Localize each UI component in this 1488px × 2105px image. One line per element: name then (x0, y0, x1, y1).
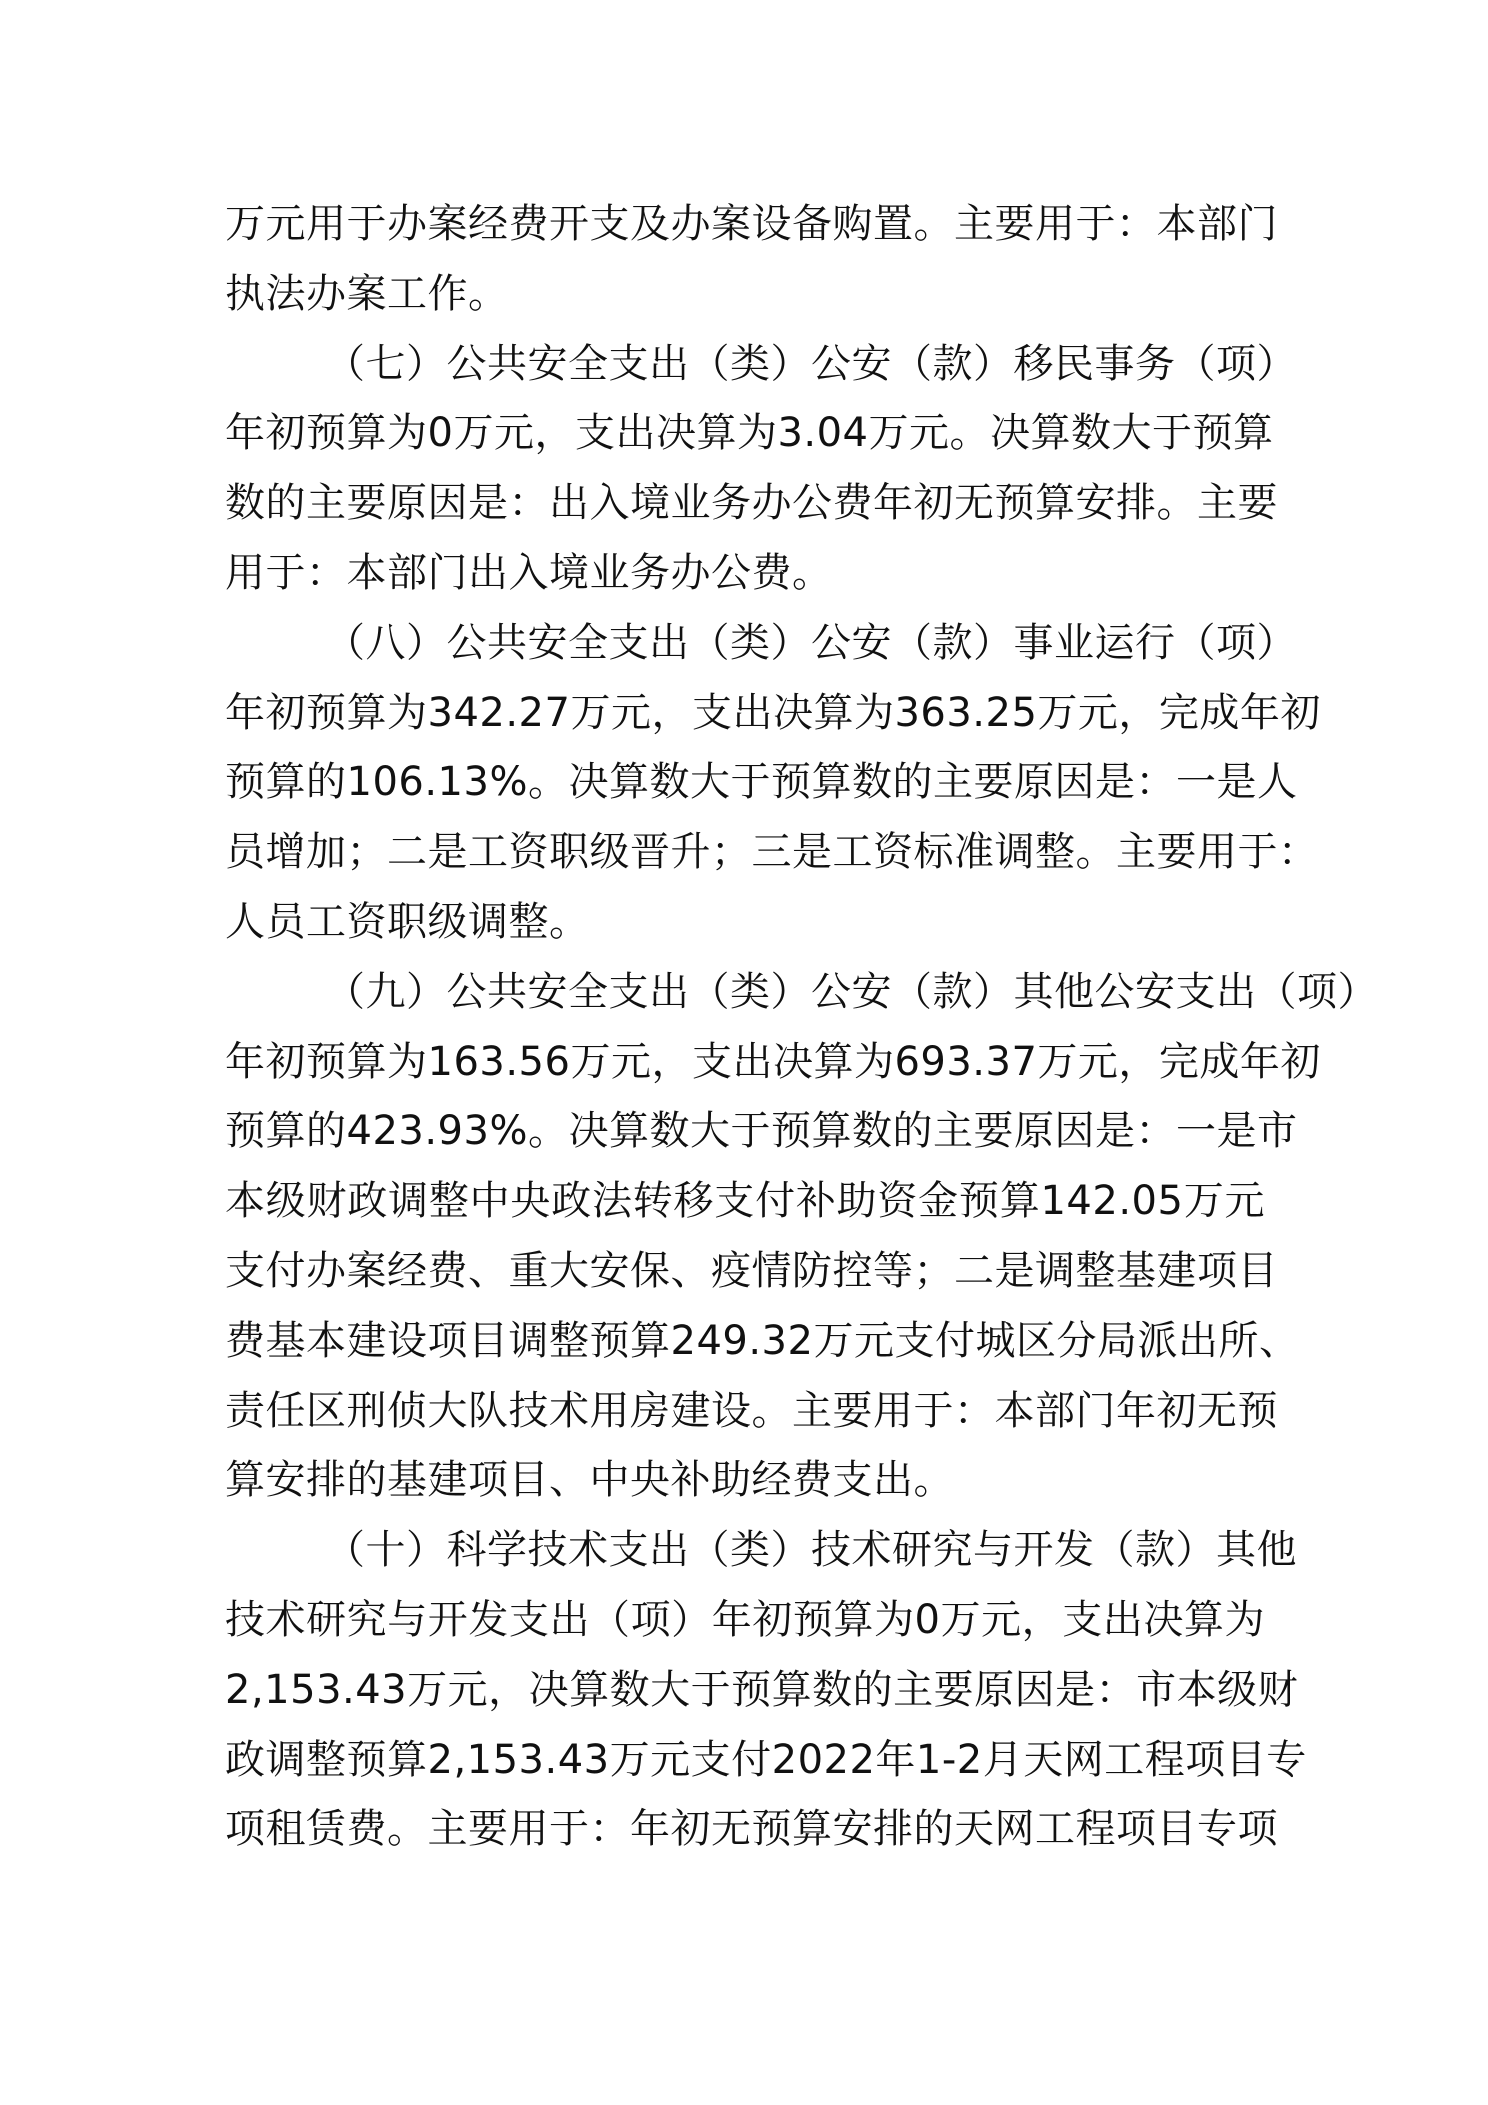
text-line: 万元用于办案经费开支及办案设备购置。主要用于：本部门 (225, 190, 1265, 260)
text-line: 用于：本部门出入境业务办公费。 (225, 539, 1265, 609)
text-line: 技术研究与开发支出（项）年初预算为0万元，支出决算为 (225, 1586, 1265, 1656)
text-line: 责任区刑侦大队技术用房建设。主要用于：本部门年初无预 (225, 1377, 1265, 1447)
paragraph-item-7: （七）公共安全支出（类）公安（款）移民事务（项） 年初预算为0万元，支出决算为3… (225, 330, 1265, 609)
section-heading-line: （七）公共安全支出（类）公安（款）移民事务（项） (225, 330, 1265, 400)
section-heading-line: （八）公共安全支出（类）公安（款）事业运行（项） (225, 609, 1265, 679)
text-line: 费基本建设项目调整预算249.32万元支付城区分局派出所、 (225, 1307, 1265, 1377)
paragraph-item-9: （九）公共安全支出（类）公安（款）其他公安支出（项） 年初预算为163.56万元… (225, 958, 1265, 1516)
text-line: 本级财政调整中央政法转移支付补助资金预算142.05万元 (225, 1167, 1265, 1237)
text-line: 年初预算为0万元，支出决算为3.04万元。决算数大于预算 (225, 399, 1265, 469)
text-line: 员增加；二是工资职级晋升；三是工资标准调整。主要用于： (225, 818, 1265, 888)
section-heading-line: （九）公共安全支出（类）公安（款）其他公安支出（项） (225, 958, 1265, 1028)
paragraph-item-8: （八）公共安全支出（类）公安（款）事业运行（项） 年初预算为342.27万元，支… (225, 609, 1265, 958)
text-line: 预算的423.93%。决算数大于预算数的主要原因是：一是市 (225, 1097, 1265, 1167)
text-line: 年初预算为342.27万元，支出决算为363.25万元，完成年初 (225, 679, 1265, 749)
text-line: 预算的106.13%。决算数大于预算数的主要原因是：一是人 (225, 748, 1265, 818)
text-line: 年初预算为163.56万元，支出决算为693.37万元，完成年初 (225, 1028, 1265, 1098)
section-heading-line: （十）科学技术支出（类）技术研究与开发（款）其他 (225, 1516, 1265, 1586)
text-line: 支付办案经费、重大安保、疫情防控等；二是调整基建项目 (225, 1237, 1265, 1307)
text-line: 数的主要原因是：出入境业务办公费年初无预算安排。主要 (225, 469, 1265, 539)
text-line: 人员工资职级调整。 (225, 888, 1265, 958)
text-line: 2,153.43万元，决算数大于预算数的主要原因是：市本级财 (225, 1656, 1265, 1726)
document-page: 万元用于办案经费开支及办案设备购置。主要用于：本部门 执法办案工作。 （七）公共… (225, 190, 1265, 1865)
text-line: 算安排的基建项目、中央补助经费支出。 (225, 1446, 1265, 1516)
text-line: 项租赁费。主要用于：年初无预算安排的天网工程项目专项 (225, 1795, 1265, 1865)
paragraph-continuation: 万元用于办案经费开支及办案设备购置。主要用于：本部门 执法办案工作。 (225, 190, 1265, 330)
text-line: 政调整预算2,153.43万元支付2022年1-2月天网工程项目专 (225, 1726, 1265, 1796)
text-line: 执法办案工作。 (225, 260, 1265, 330)
paragraph-item-10: （十）科学技术支出（类）技术研究与开发（款）其他 技术研究与开发支出（项）年初预… (225, 1516, 1265, 1865)
